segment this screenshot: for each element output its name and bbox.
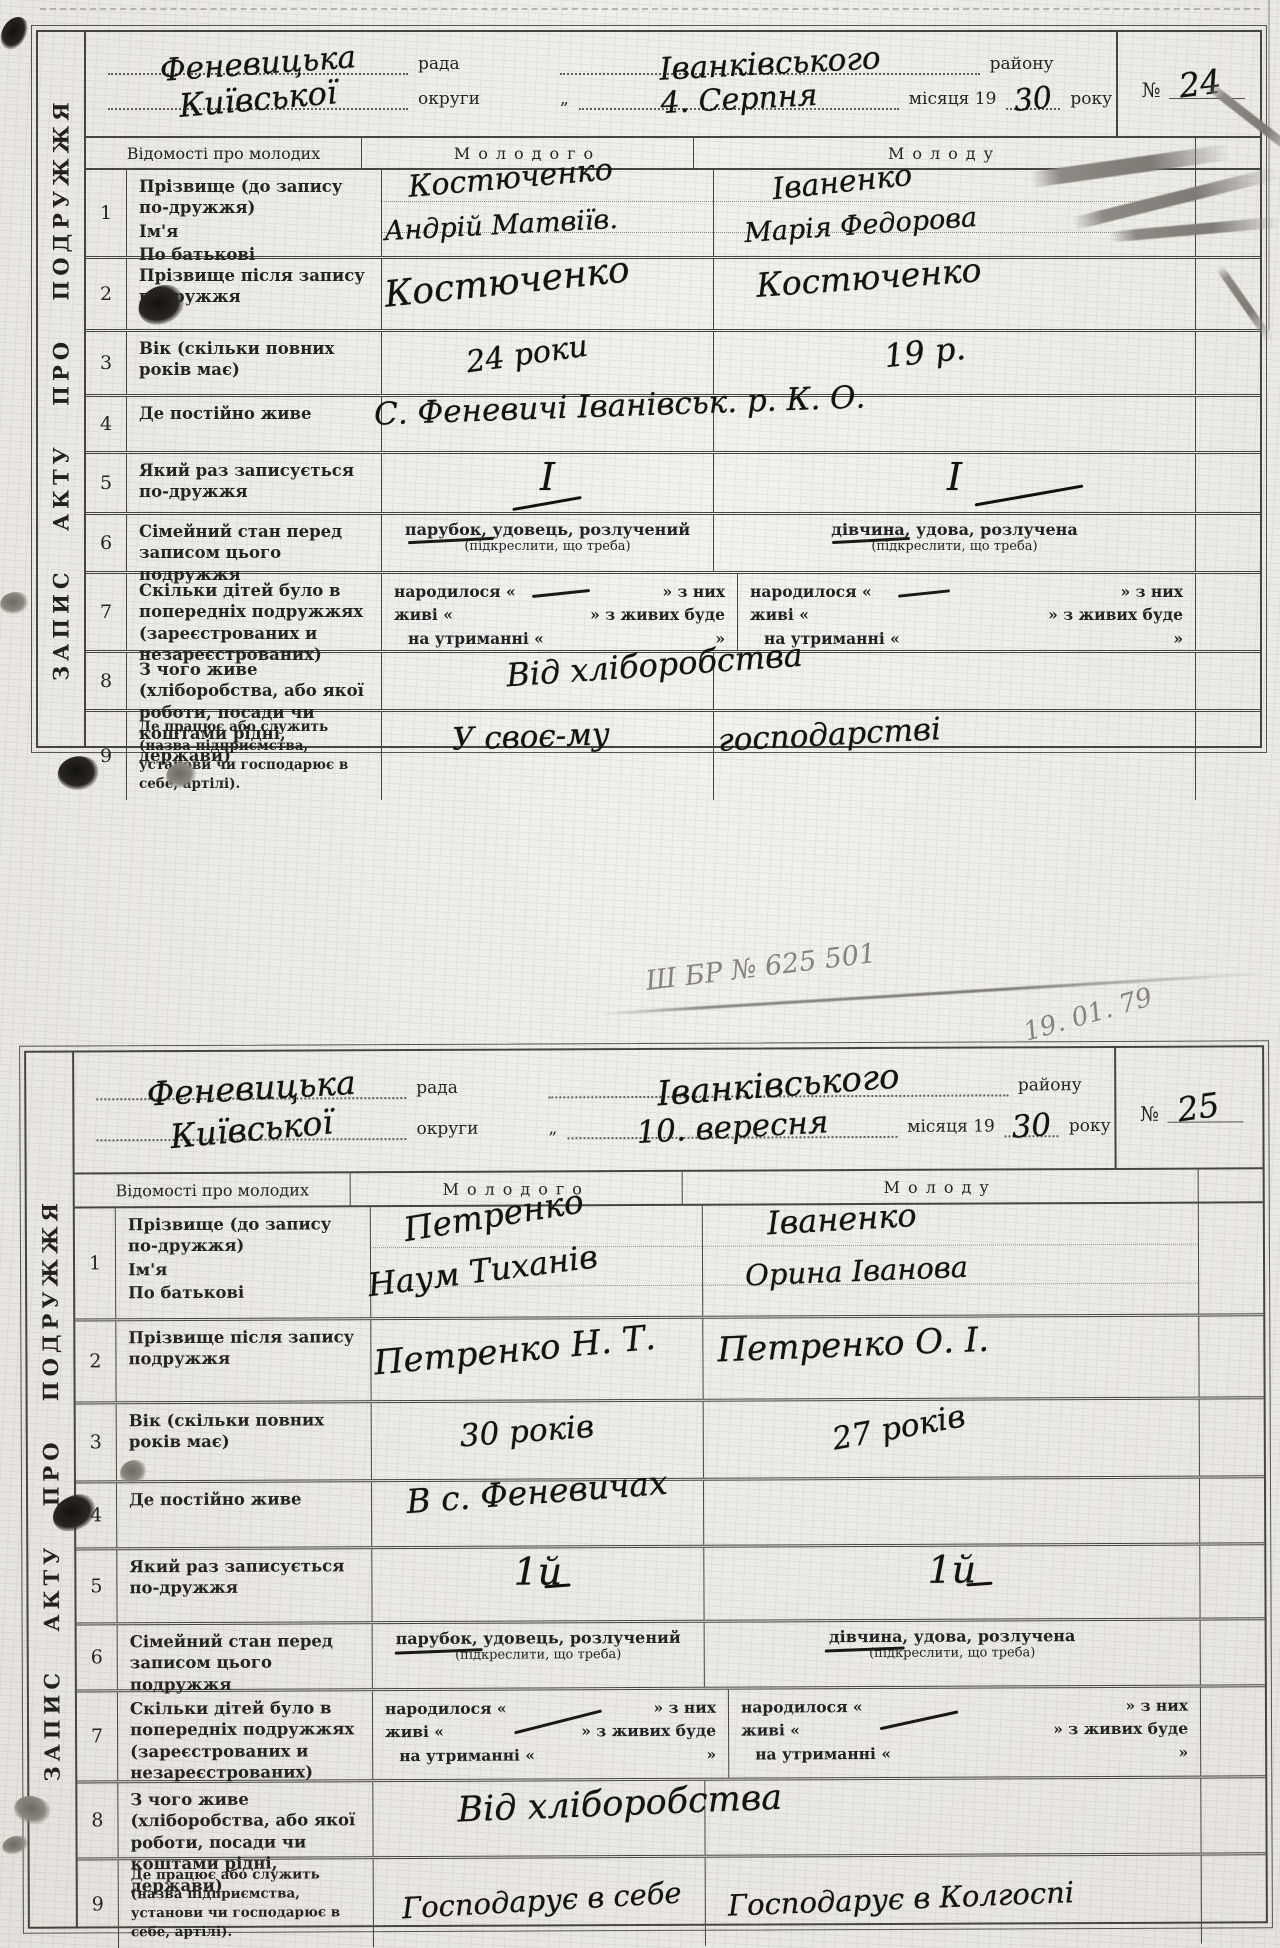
number-sign-label: № bbox=[1142, 80, 1161, 102]
bride-status-options: дівчина, удова, розлучена bbox=[705, 1626, 1200, 1647]
row-label: Вік (скільки повних років має) bbox=[117, 1403, 372, 1480]
bride-status-options: дівчина, удова, розлучена bbox=[714, 520, 1195, 539]
bride-surname-after-cell: Костюченко bbox=[714, 259, 1196, 329]
record-number-line: 24 bbox=[1169, 84, 1245, 99]
rada-label: рада bbox=[416, 1080, 458, 1099]
row-income: 8 З чого живе (хліборобства, або якої ро… bbox=[77, 1778, 1265, 1860]
row-number: 4 bbox=[76, 1483, 117, 1547]
groom-names-cell: Костюченко Андрій Матвіїв. bbox=[382, 170, 714, 256]
row-income: 8 З чого живе (хліборобства, або якої ро… bbox=[86, 653, 1260, 712]
okrug-value: Київської bbox=[169, 1105, 334, 1153]
bride-surname-after: Костюченко bbox=[755, 253, 982, 302]
underline-note: (підкреслити, що треба) bbox=[714, 539, 1195, 554]
form-vertical-title: ЗАПИС АКТУ ПРО ПОДРУЖЖЯ bbox=[26, 1053, 76, 1927]
table-body: 1 Прізвище (до запису по-дружжя) Ім'я По… bbox=[86, 170, 1260, 800]
form-main: Феневицька рада Іванківського району Киї… bbox=[86, 32, 1260, 746]
groom-age-cell: 24 роки bbox=[382, 332, 714, 394]
row-marital-status: 6 Сімейний стан перед записом цього подр… bbox=[86, 515, 1260, 574]
groom-status-cell: парубок, удовець, розлучений (підкреслит… bbox=[373, 1623, 705, 1688]
groom-surname-after: Костюченко bbox=[383, 252, 632, 314]
row-label: Прізвище після запису подружжя bbox=[116, 1320, 371, 1401]
bride-which-marriage-cell: 1й bbox=[704, 1546, 1200, 1620]
okruhy-label: округи bbox=[416, 1120, 478, 1139]
year-value: 30 bbox=[1013, 83, 1054, 117]
ink-stain bbox=[0, 592, 28, 614]
number-sign-label: № bbox=[1140, 1104, 1159, 1126]
district-value: Іванківського bbox=[656, 1060, 901, 1112]
row-which-marriage: 5 Який раз записується по-дружжя І І bbox=[86, 454, 1260, 515]
note-cell bbox=[1201, 1620, 1265, 1684]
row-number: 2 bbox=[75, 1321, 116, 1401]
row-label: Де працює або служить (назва підприємств… bbox=[119, 1859, 374, 1948]
header-info: Відомості про молодих bbox=[86, 138, 362, 168]
bride-which-marriage-cell: І bbox=[714, 454, 1196, 512]
row-number: 3 bbox=[76, 1404, 117, 1480]
okrug-field: Київської bbox=[108, 96, 408, 110]
vertical-title-column: ЗАПИС АКТУ ПРО ПОДРУЖЖЯ bbox=[38, 32, 86, 746]
note-cell bbox=[1196, 515, 1260, 571]
note-cell bbox=[1196, 574, 1260, 650]
row-which-marriage: 5 Який раз записується по-дружжя 1й 1й bbox=[76, 1545, 1264, 1625]
groom-status-options: парубок, удовець, розлучений bbox=[382, 520, 713, 539]
note-cell bbox=[1202, 1855, 1266, 1943]
row-number: 3 bbox=[86, 332, 127, 394]
row-number: 7 bbox=[86, 574, 127, 650]
date-field: 4. Серпня bbox=[579, 96, 899, 110]
row-number: 6 bbox=[77, 1625, 118, 1689]
row-surname-after: 2 Прізвище після запису подружжя Петренк… bbox=[75, 1316, 1263, 1404]
note-cell bbox=[1199, 1316, 1263, 1396]
district-field: Іванківського bbox=[560, 61, 980, 75]
record-number-box: № 25 bbox=[1114, 1047, 1267, 1168]
header-note bbox=[1196, 138, 1260, 168]
raion-label: району bbox=[990, 56, 1054, 75]
bride-name-patronymic: Марія Федорова bbox=[743, 204, 978, 247]
underline-note: (підкреслити, що треба) bbox=[373, 1647, 704, 1663]
row-number: 4 bbox=[86, 397, 127, 451]
row-number: 9 bbox=[78, 1860, 119, 1948]
open-quote: „ bbox=[548, 1120, 557, 1139]
row-label: Де працює або служить (назва підприємств… bbox=[127, 712, 382, 800]
bride-names-cell: Іваненко Марія Федорова bbox=[714, 170, 1196, 256]
note-cell bbox=[1196, 259, 1260, 329]
row-number: 7 bbox=[77, 1692, 118, 1780]
groom-workplace: Господарує в себе bbox=[401, 1879, 682, 1924]
groom-workplace-cell: У своє-му bbox=[382, 712, 714, 800]
bride-status-cell: дівчина, удова, розлучена (підкреслити, … bbox=[705, 1621, 1201, 1687]
row-label: Сімейний стан перед записом цього подруж… bbox=[127, 515, 382, 571]
bride-which-marriage: І bbox=[947, 458, 962, 496]
row-number: 2 bbox=[86, 259, 127, 329]
archive-annotation-number: Ш БР № 625 501 bbox=[644, 938, 878, 997]
bride-surname-after-cell: Петренко О. І. bbox=[703, 1317, 1199, 1399]
row-number: 5 bbox=[76, 1550, 117, 1622]
header-bride: Молоду bbox=[683, 1170, 1199, 1204]
pencil-mark bbox=[1, 1834, 30, 1856]
row-workplace: 9 Де працює або служить (назва підприємс… bbox=[78, 1855, 1266, 1948]
month-label: місяця 19 bbox=[909, 91, 997, 110]
vertical-title-column: ЗАПИС АКТУ ПРО ПОДРУЖЖЯ bbox=[26, 1052, 78, 1926]
bride-workplace: господарстві bbox=[717, 714, 941, 757]
rada-label: рада bbox=[418, 56, 460, 75]
bride-age-cell: 27 років bbox=[704, 1400, 1200, 1478]
note-cell bbox=[1196, 332, 1260, 394]
note-cell bbox=[1196, 454, 1260, 512]
marriage-act-form-25: ЗАПИС АКТУ ПРО ПОДРУЖЖЯ Феневицька рада … bbox=[24, 1045, 1268, 1928]
record-number-value: 25 bbox=[1175, 1087, 1221, 1126]
row-children: 7 Скільки дітей було в попередніх подруж… bbox=[86, 574, 1260, 653]
row-label: Сімейний стан перед записом цього подруж… bbox=[118, 1624, 373, 1689]
groom-which-marriage-cell: 1й bbox=[372, 1548, 704, 1621]
groom-surname-after-cell: Костюченко bbox=[382, 259, 714, 329]
groom-name-patronymic: Наум Тиханів bbox=[366, 1240, 599, 1301]
bride-surname: Іваненко bbox=[766, 1199, 917, 1239]
bride-surname-after: Петренко О. І. bbox=[717, 1323, 990, 1368]
roku-label: року bbox=[1069, 1118, 1111, 1137]
groom-which-marriage-cell: І bbox=[382, 454, 714, 512]
bride-age: 27 років bbox=[830, 1401, 968, 1455]
table-body: 1 Прізвище (до запису по-дружжя) Ім'я По… bbox=[75, 1203, 1266, 1948]
note-cell bbox=[1196, 712, 1260, 800]
bride-names-cell: Іваненко Орина Іванова bbox=[703, 1204, 1199, 1316]
row-label: Який раз записується по-дружжя bbox=[127, 454, 382, 512]
row-number: 8 bbox=[77, 1783, 118, 1857]
row-label: Який раз записується по-дружжя bbox=[117, 1549, 372, 1622]
row-label: З чого живе (хліборобства, або якої робо… bbox=[127, 653, 382, 709]
form-header: Феневицька рада Іванківського району Киї… bbox=[74, 1047, 1263, 1174]
row-number: 5 bbox=[86, 454, 127, 512]
row-number: 1 bbox=[86, 170, 127, 256]
groom-children-cell: народилося «» з них живі «» з живих буде… bbox=[373, 1690, 729, 1780]
okrug-field: Київської bbox=[96, 1126, 406, 1141]
row-label: Де постійно живе bbox=[127, 397, 382, 451]
row-label: Скільки дітей було в попередніх подружжя… bbox=[118, 1691, 373, 1780]
open-quote: „ bbox=[560, 91, 569, 110]
row-number: 6 bbox=[86, 515, 127, 571]
groom-name-patronymic: Андрій Матвіїв. bbox=[383, 206, 618, 245]
form-header: Феневицька рада Іванківського району Киї… bbox=[86, 32, 1260, 138]
roku-label: року bbox=[1070, 91, 1112, 110]
record-number-box: № 24 bbox=[1116, 32, 1268, 136]
groom-age: 30 років bbox=[459, 1412, 595, 1453]
row-names: 1 Прізвище (до запису по-дружжя) Ім'я По… bbox=[75, 1203, 1263, 1321]
scanned-marriage-register-page: ЗАПИС АКТУ ПРО ПОДРУЖЖЯ Феневицька рада … bbox=[0, 0, 1280, 1948]
year-field: 30 bbox=[1006, 96, 1060, 110]
groom-workplace: У своє-му bbox=[452, 719, 611, 755]
note-cell bbox=[1196, 653, 1260, 709]
header-info: Відомості про молодих bbox=[75, 1173, 351, 1206]
header-bride: Молоду bbox=[694, 138, 1196, 168]
month-label: місяця 19 bbox=[907, 1118, 995, 1137]
bride-age: 19 р. bbox=[883, 332, 967, 372]
row-names: 1 Прізвище (до запису по-дружжя) Ім'я По… bbox=[86, 170, 1260, 259]
row-number: 8 bbox=[86, 653, 127, 709]
note-cell bbox=[1200, 1399, 1264, 1475]
row-number: 1 bbox=[75, 1208, 116, 1318]
date-field: 10. вересня bbox=[567, 1124, 897, 1139]
council-field: Феневицька bbox=[96, 1085, 406, 1100]
district-field: Іванківського bbox=[548, 1083, 1008, 1099]
scan-edge-line bbox=[40, 8, 1260, 10]
form-vertical-title: ЗАПИС АКТУ ПРО ПОДРУЖЖЯ bbox=[38, 32, 84, 746]
row-residence: 4 Де постійно живе В с. Феневичах bbox=[76, 1478, 1264, 1550]
date-value: 10. вересня bbox=[635, 1107, 828, 1149]
groom-which-marriage: І bbox=[540, 458, 555, 496]
archive-annotation-date: 19. 01. 79 bbox=[1020, 982, 1155, 1047]
marriage-act-form-24: ЗАПИС АКТУ ПРО ПОДРУЖЖЯ Феневицька рада … bbox=[36, 30, 1262, 748]
okruhy-label: округи bbox=[418, 91, 480, 110]
groom-surname-after-cell: Петренко Н. Т. bbox=[371, 1319, 703, 1400]
row-number: 9 bbox=[86, 712, 127, 800]
underline-note: (підкреслити, що треба) bbox=[705, 1645, 1200, 1662]
bride-name-patronymic: Орина Іванова bbox=[745, 1253, 969, 1291]
bride-workplace: Господарує в Колгоспі bbox=[727, 1878, 1074, 1921]
row-children: 7 Скільки дітей було в попередніх подруж… bbox=[77, 1687, 1265, 1783]
note-cell bbox=[1196, 170, 1260, 256]
form-main: Феневицька рада Іванківського району Киї… bbox=[74, 1047, 1266, 1926]
bride-children-cell: народилося «» з них живі «» з живих буде… bbox=[729, 1688, 1201, 1778]
row-age: 3 Вік (скільки повних років має) 30 рокі… bbox=[76, 1399, 1264, 1483]
note-cell bbox=[1199, 1203, 1263, 1313]
groom-names-cell: Петренко Наум Тиханів bbox=[371, 1206, 703, 1317]
record-number-value: 24 bbox=[1177, 64, 1223, 102]
table-header: Відомості про молодих Молодого Молоду bbox=[86, 138, 1260, 170]
ink-stain bbox=[0, 13, 31, 53]
bride-status-cell: дівчина, удова, розлучена (підкреслити, … bbox=[714, 515, 1196, 571]
note-cell bbox=[1201, 1778, 1265, 1852]
row-label: Прізвище (до запису по-дружжя) Ім'я По б… bbox=[116, 1207, 371, 1318]
row-label: Прізвище (до запису по-дружжя) Ім'я По б… bbox=[127, 170, 382, 256]
raion-label: району bbox=[1018, 1077, 1082, 1096]
groom-status-options: парубок, удовець, розлучений bbox=[373, 1628, 704, 1648]
note-cell bbox=[1200, 1545, 1264, 1617]
groom-children-cell: народилося «» з них живі «» з живих буде… bbox=[382, 574, 738, 650]
groom-status-cell: парубок, удовець, розлучений (підкреслит… bbox=[382, 515, 714, 571]
header-note bbox=[1199, 1169, 1263, 1201]
year-field: 30 bbox=[1005, 1123, 1059, 1137]
row-workplace: 9 Де працює або служить (назва підприємс… bbox=[86, 712, 1260, 800]
bride-workplace-cell: Господарує в Колгоспі bbox=[706, 1856, 1202, 1946]
table-header: Відомості про молодих Молодого Молоду bbox=[75, 1169, 1263, 1208]
record-number-line: 25 bbox=[1167, 1107, 1243, 1122]
row-residence: 4 Де постійно живе С. Феневичі Іванівськ… bbox=[86, 397, 1260, 454]
council-field: Феневицька bbox=[108, 61, 408, 75]
note-cell bbox=[1201, 1687, 1265, 1775]
groom-workplace-cell: Господарує в себе bbox=[374, 1858, 706, 1947]
row-label: Прізвище після запису подружжя bbox=[127, 259, 382, 329]
note-cell bbox=[1200, 1478, 1264, 1542]
groom-surname-after: Петренко Н. Т. bbox=[372, 1321, 657, 1381]
groom-age: 24 роки bbox=[465, 332, 590, 379]
row-label: Скільки дітей було в попередніх подружжя… bbox=[127, 574, 382, 650]
row-marital-status: 6 Сімейний стан перед записом цього подр… bbox=[77, 1620, 1265, 1692]
note-cell bbox=[1196, 397, 1260, 451]
scan-edge-line-right bbox=[1268, 0, 1270, 330]
row-label: Де постійно живе bbox=[117, 1482, 372, 1547]
bride-workplace-cell: господарстві bbox=[714, 712, 1196, 800]
year-value: 30 bbox=[1011, 1110, 1053, 1144]
row-label: Вік (скільки повних років має) bbox=[127, 332, 382, 394]
date-value: 4. Серпня bbox=[660, 81, 818, 119]
row-surname-after: 2 Прізвище після запису подружжя Костюче… bbox=[86, 259, 1260, 332]
row-label: З чого живе (хліборобства, або якої робо… bbox=[118, 1782, 373, 1857]
bride-children-cell: народилося «» з них живі «» з живих буде… bbox=[738, 574, 1196, 650]
